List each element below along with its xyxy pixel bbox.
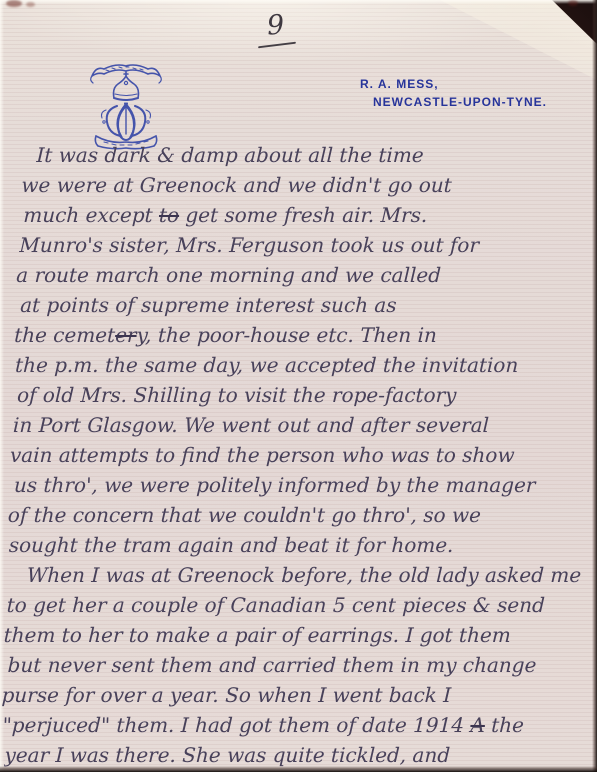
letter-line: in Port Glasgow. We went out and after s… xyxy=(13,410,597,440)
letter-line: sought the tram again and beat it for ho… xyxy=(8,530,592,560)
letter-line: purse for over a year. So when I went ba… xyxy=(1,680,587,710)
letter-text-segment: at points of supreme interest such as xyxy=(20,293,397,317)
letter-line: of the concern that we couldn't go thro'… xyxy=(7,500,593,530)
letter-text-segment: us thro', we were politely informed by t… xyxy=(14,473,536,497)
struck-text: to xyxy=(159,203,180,227)
struck-text: A xyxy=(470,713,485,737)
letter-text-segment: the p.m. the same day, we accepted the i… xyxy=(15,353,519,377)
letter-text-segment: to get her a couple of Canadian 5 cent p… xyxy=(6,593,545,617)
letter-text-segment: y, the poor-house etc. Then in xyxy=(136,323,437,347)
struck-text: er xyxy=(115,323,137,347)
letterhead-city: NEWCASTLE-UPON-TYNE. xyxy=(373,95,547,109)
letter-text-segment: get some fresh air. Mrs. xyxy=(179,203,428,227)
letter-line: a route march one morning and we called xyxy=(16,260,597,290)
letter-line: but never sent them and carried them in … xyxy=(7,650,588,680)
letter-line: much except to get some fresh air. Mrs. xyxy=(23,200,597,230)
letter-line: of old Mrs. Shilling to visit the rope-f… xyxy=(17,380,597,410)
letter-text-segment: we were at Greenock and we didn't go out xyxy=(21,173,452,197)
letter-text-segment: When I was at Greenock before, the old l… xyxy=(26,563,581,587)
paper-edge-top xyxy=(0,0,597,4)
letter-line: at points of supreme interest such as xyxy=(20,290,597,320)
letter-text-segment: "perjuced" them. I had got them of date … xyxy=(2,713,471,737)
letter-line: the cemetery, the poor-house etc. Then i… xyxy=(14,320,597,350)
handwritten-letter-body: It was dark & damp about all the timewe … xyxy=(0,140,597,770)
letter-text-segment: much except xyxy=(23,203,159,227)
letter-line: us thro', we were politely informed by t… xyxy=(13,470,594,500)
page-number: 9 xyxy=(266,9,285,41)
tape-stain xyxy=(26,2,35,7)
letter-text-segment: vain attempts to find the person who was… xyxy=(10,443,515,467)
letter-line: "perjuced" them. I had got them of date … xyxy=(2,710,586,740)
letterhead-name: R. A. MESS, xyxy=(360,77,439,91)
letter-text-segment: year I was there. She was quite tickled,… xyxy=(4,743,450,767)
letter-line: them to her to make a pair of earrings. … xyxy=(3,620,589,650)
letter-text-segment: a route march one morning and we called xyxy=(16,263,442,287)
letter-text-segment: of the concern that we couldn't go thro'… xyxy=(7,503,481,527)
tape-stain xyxy=(6,0,22,7)
letter-text-segment: Munro's sister, Mrs. Ferguson took us ou… xyxy=(19,233,480,257)
scanned-letter-page: { "page_number": "9", "letterhead": { "n… xyxy=(0,0,597,772)
tape-stain xyxy=(568,0,578,6)
letter-line: the p.m. the same day, we accepted the i… xyxy=(15,350,597,380)
letter-text-segment: of old Mrs. Shilling to visit the rope-f… xyxy=(17,383,457,407)
letter-line: we were at Greenock and we didn't go out xyxy=(21,170,597,200)
letter-text-segment: the cemet xyxy=(14,323,116,347)
letter-text-segment: It was dark & damp about all the time xyxy=(36,143,424,167)
letter-line: When I was at Greenock before, the old l… xyxy=(10,560,591,590)
letter-line: to get her a couple of Canadian 5 cent p… xyxy=(6,590,590,620)
letter-text-segment: the xyxy=(484,713,524,737)
letter-line: year I was there. She was quite tickled,… xyxy=(4,740,585,770)
letter-line: It was dark & damp about all the time xyxy=(20,140,597,170)
letter-text-segment: sought the tram again and beat it for ho… xyxy=(8,533,454,557)
letter-line: vain attempts to find the person who was… xyxy=(9,440,595,470)
letter-text-segment: them to her to make a pair of earrings. … xyxy=(3,623,511,647)
crown-monogram-crest-icon xyxy=(84,58,168,150)
letter-line: Munro's sister, Mrs. Ferguson took us ou… xyxy=(19,230,597,260)
letter-text-segment: purse for over a year. So when I went ba… xyxy=(1,683,451,707)
letter-text-segment: but never sent them and carried them in … xyxy=(7,653,537,677)
letter-text-segment: in Port Glasgow. We went out and after s… xyxy=(13,413,490,437)
